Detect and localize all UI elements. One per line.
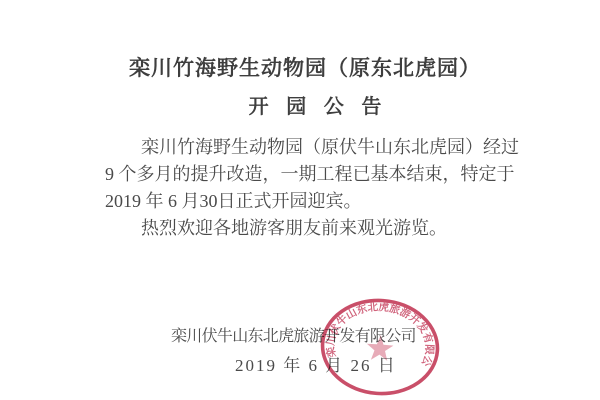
notice-body: 栾川竹海野生动物园（原伏牛山东北虎园）经过 9 个多月的提升改造，一期工程已基本… [105, 134, 529, 242]
official-seal: 栾川伏牛山东北虎旅游开发有限公司 [313, 291, 448, 400]
notice-subtitle: 开 园 公 告 [249, 90, 388, 119]
body-line-4: 热烈欢迎各地游客朋友前来观光游览。 [105, 215, 529, 242]
announcement-page: 栾川竹海野生动物园（原东北虎园） 开 园 公 告 栾川竹海野生动物园（原伏牛山东… [0, 0, 600, 400]
seal-arc-text: 栾川伏牛山东北虎旅游开发有限公司 [313, 291, 441, 369]
notice-title: 栾川竹海野生动物园（原东北虎园） [129, 52, 481, 82]
body-line-3: 2019 年 6 月30日正式开园迎宾。 [105, 188, 529, 215]
star-icon [366, 334, 394, 361]
body-line-2: 9 个多月的提升改造，一期工程已基本结束，特定于 [105, 161, 529, 188]
body-line-1: 栾川竹海野生动物园（原伏牛山东北虎园）经过 [105, 134, 529, 161]
